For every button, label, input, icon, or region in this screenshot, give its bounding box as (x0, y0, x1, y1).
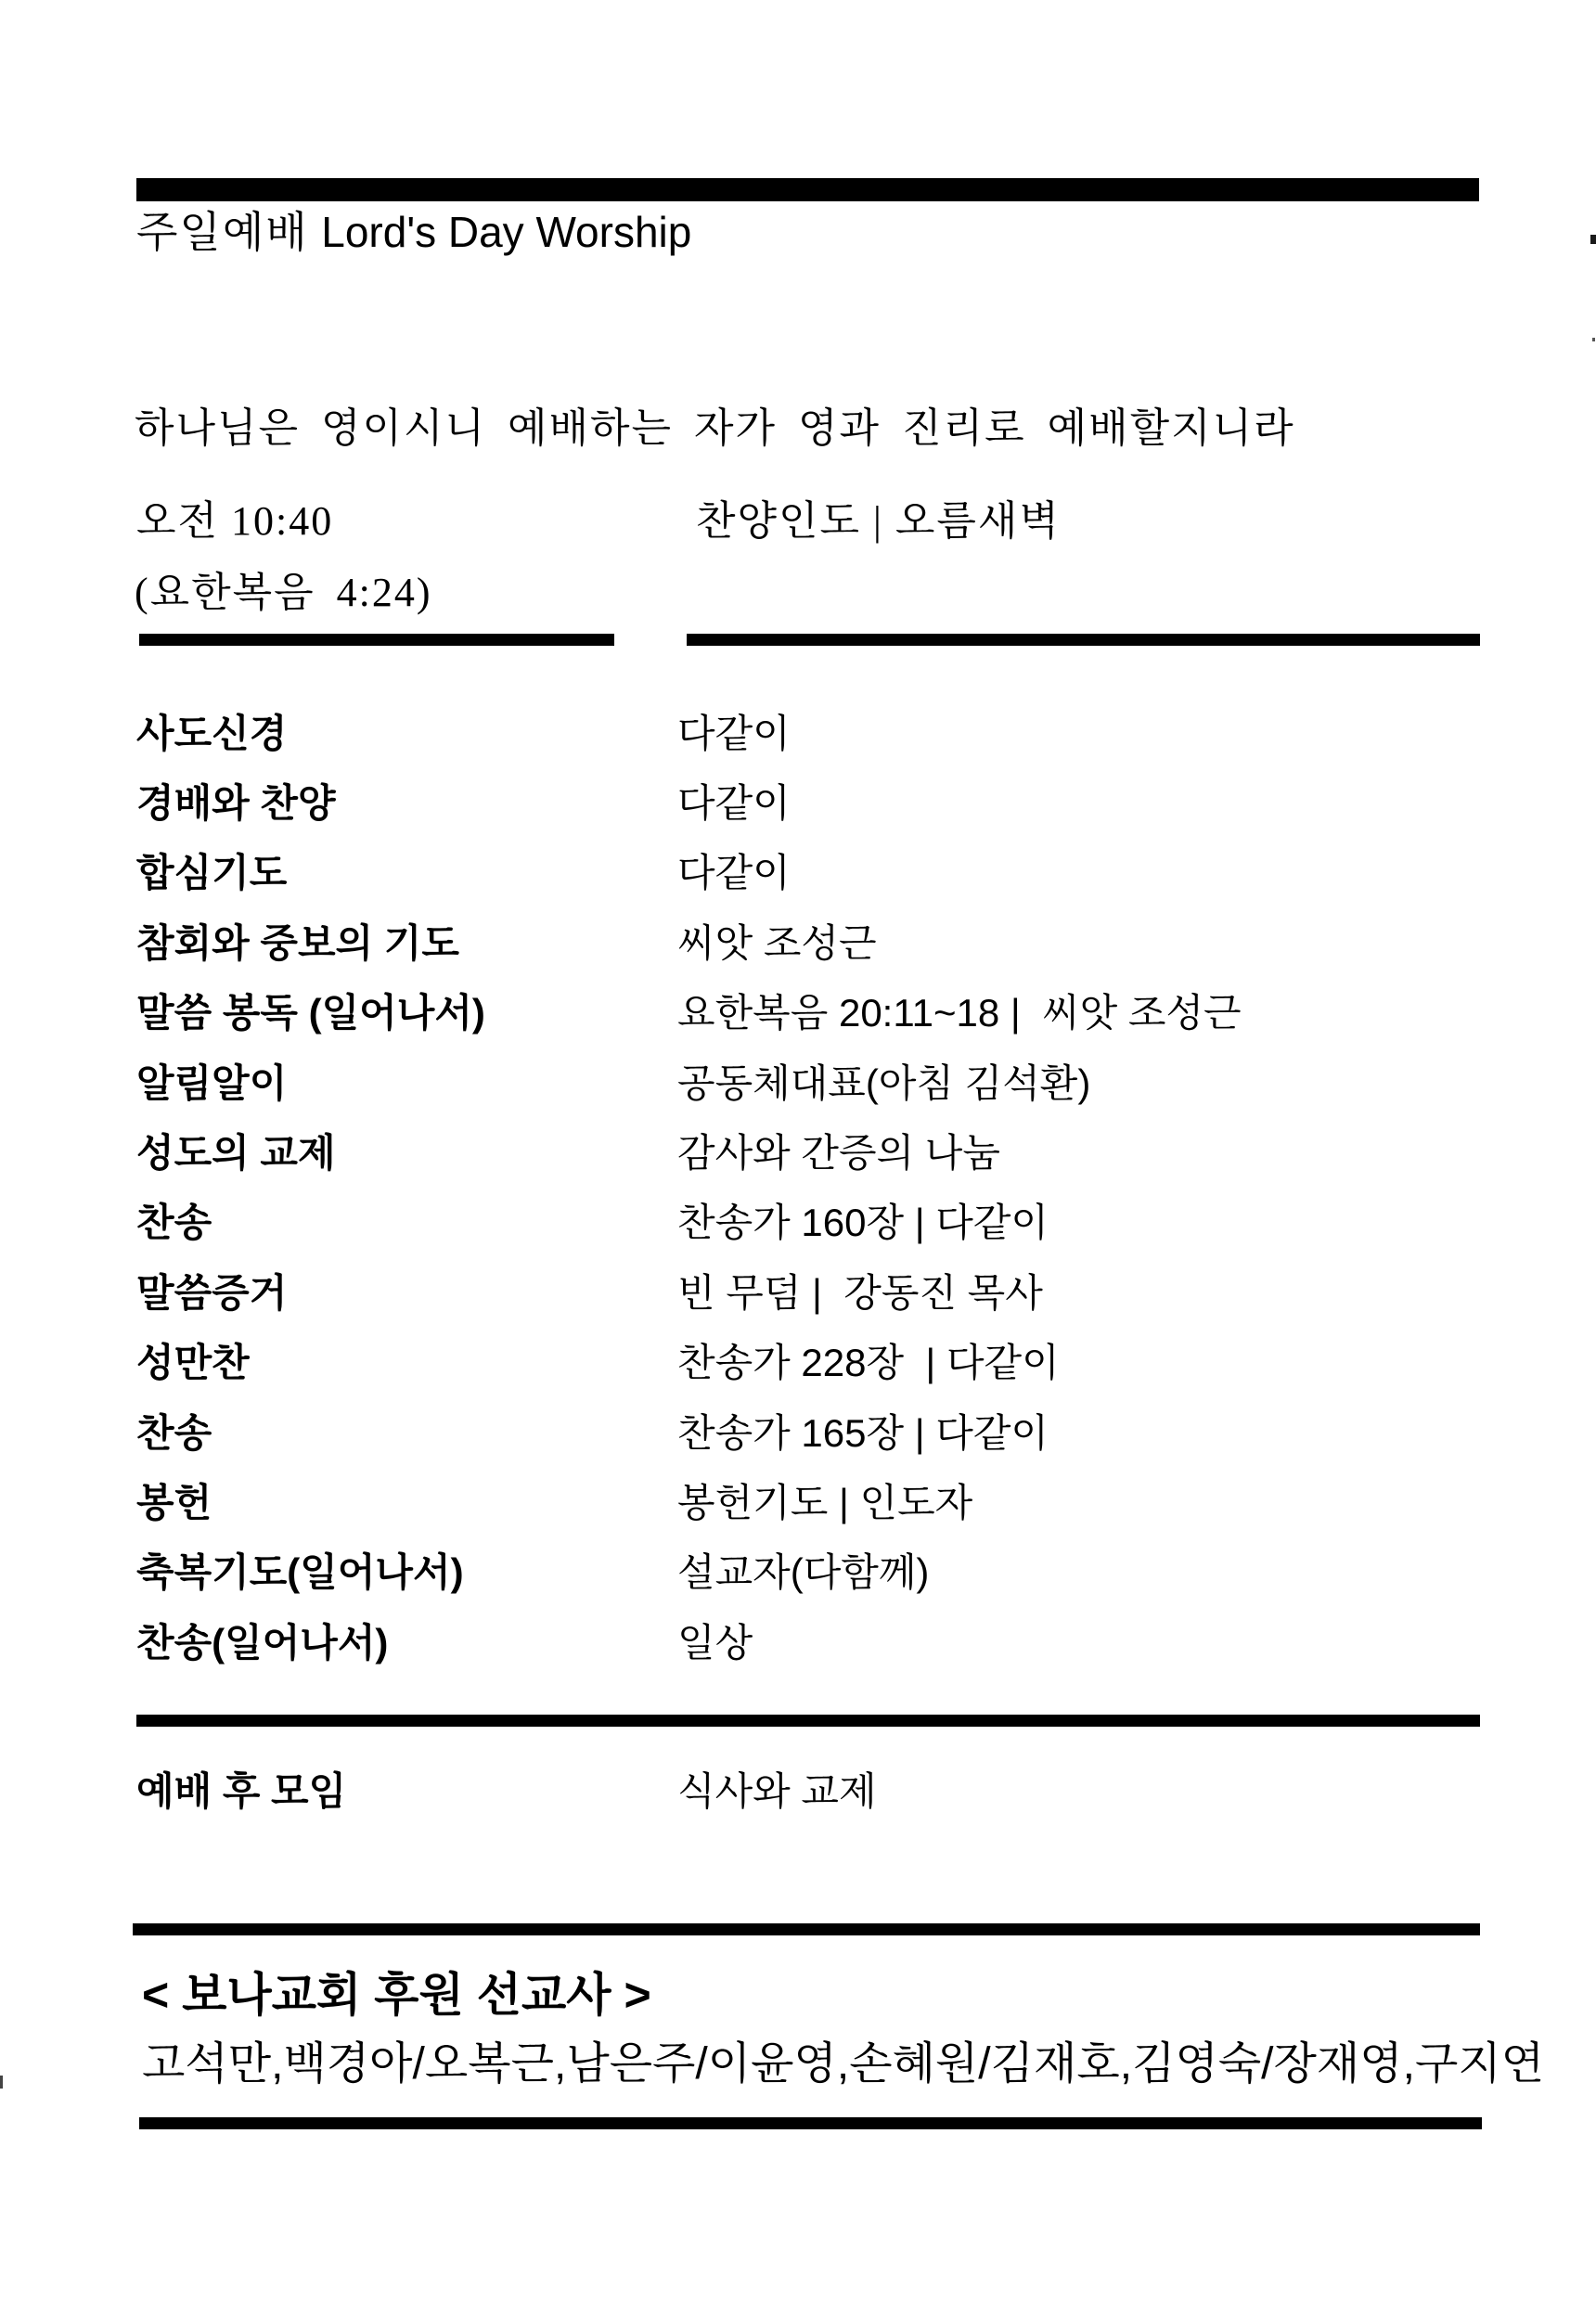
service-item-label: 사도신경 (136, 703, 677, 759)
table-row: 봉헌 봉헌기도 | 인도자 (136, 1465, 1482, 1535)
service-item-label: 성만찬 (136, 1332, 677, 1388)
service-item-label: 경배와 찬양 (136, 773, 677, 829)
service-item-value: 씨앗 조성근 (677, 913, 877, 969)
service-item-label: 찬송 (136, 1403, 677, 1459)
right-edge-scan-artifact (1590, 235, 1596, 244)
missionary-heading: < 보나교회 후원 선교사 > (142, 1967, 651, 2023)
service-item-label: 찬송(일어나서) (136, 1613, 677, 1668)
service-item-value: 설교자(다함께) (677, 1542, 929, 1598)
service-item-value: 찬송가 160장 | 다같이 (677, 1192, 1049, 1248)
service-item-label: 알림알이 (136, 1053, 677, 1109)
service-item-label: 참회와 중보의 기도 (136, 913, 677, 969)
table-row: 합심기도 다같이 (136, 836, 1482, 906)
table-row: 말씀증거 빈 무덤 | 강동진 목사 (136, 1255, 1482, 1325)
service-item-value: 봉헌기도 | 인도자 (677, 1472, 972, 1528)
page-title-korean: 주일예배 (136, 209, 321, 256)
service-item-label: 축복기도(일어나서) (136, 1542, 677, 1598)
service-item-value: 찬송가 165장 | 다같이 (677, 1403, 1049, 1459)
service-item-value: 빈 무덤 | 강동진 목사 (677, 1263, 1043, 1318)
praise-lead: 찬양인도 | 오름새벽 (696, 487, 1061, 546)
page-title-english: Lord's Day Worship (321, 208, 691, 256)
service-item-label: 말씀증거 (136, 1263, 677, 1318)
table-row: 찬송 찬송가 165장 | 다같이 (136, 1395, 1482, 1465)
table-row: 사도신경 다같이 (136, 696, 1482, 765)
right-column-rule (687, 634, 1480, 646)
service-time: 오전 10:40 (136, 487, 696, 546)
service-item-label: 성도의 교제 (136, 1123, 677, 1178)
table-row: 참회와 중보의 기도 씨앗 조성근 (136, 906, 1482, 975)
service-item-label: 합심기도 (136, 842, 677, 898)
right-edge-scan-dot (1592, 338, 1595, 341)
left-edge-scan-artifact (0, 2076, 3, 2089)
table-row: 말씀 봉독 (일어나서) 요한복음 20:11~18 | 씨앗 조성근 (136, 976, 1482, 1046)
scripture-line-2: (요한복음 4:24) (135, 565, 1295, 620)
service-item-value: 다같이 (677, 773, 791, 829)
page-title: 주일예배 Lord's Day Worship (136, 208, 691, 257)
service-item-label: 봉헌 (136, 1472, 677, 1528)
order-of-worship-list: 사도신경 다같이 경배와 찬양 다같이 합심기도 다같이 참회와 중보의 기도 … (136, 696, 1482, 1675)
table-row: 알림알이 공동체대표(아침 김석환) (136, 1046, 1482, 1115)
service-item-value: 다같이 (677, 842, 791, 898)
after-service-label: 예배 후 모임 (136, 1761, 677, 1817)
scripture-line-1: 하나님은 영이시니 예배하는 자가 영과 진리로 예배할지니라 (135, 401, 1295, 456)
service-time-row: 오전 10:40 찬양인도 | 오름새벽 (136, 489, 1482, 545)
missionary-names: 고석만,백경아/오복근,남은주/이윤영,손혜원/김재호,김영숙/장재영,구지연 (142, 2038, 1544, 2090)
after-service-row: 예배 후 모임 식사와 교제 (136, 1754, 1482, 1824)
table-row: 축복기도(일어나서) 설교자(다함께) (136, 1536, 1482, 1605)
service-item-value: 찬송가 228장 | 다같이 (677, 1332, 1060, 1388)
missionary-top-rule (133, 1923, 1480, 1935)
service-item-value: 공동체대표(아침 김석환) (677, 1053, 1090, 1109)
table-row: 성만찬 찬송가 228장 | 다같이 (136, 1326, 1482, 1395)
service-item-value: 요한복음 20:11~18 | 씨앗 조성근 (677, 983, 1242, 1038)
service-item-label: 찬송 (136, 1192, 677, 1248)
table-row: 경배와 찬양 다같이 (136, 765, 1482, 835)
bottom-rule (139, 2117, 1482, 2129)
service-item-value: 일상 (677, 1613, 753, 1668)
service-item-value: 감사와 간증의 나눔 (677, 1123, 1000, 1178)
worship-bulletin-page: 주일예배 Lord's Day Worship 하나님은 영이시니 예배하는 자… (0, 0, 1596, 2301)
table-row: 찬송(일어나서) 일상 (136, 1605, 1482, 1675)
list-bottom-rule (136, 1715, 1480, 1727)
after-service-value: 식사와 교제 (677, 1761, 877, 1817)
table-row: 성도의 교제 감사와 간증의 나눔 (136, 1115, 1482, 1185)
left-column-rule (139, 634, 614, 646)
service-item-label: 말씀 봉독 (일어나서) (136, 983, 677, 1038)
service-item-value: 다같이 (677, 703, 791, 759)
table-row: 찬송 찬송가 160장 | 다같이 (136, 1186, 1482, 1255)
top-rule (136, 178, 1479, 201)
